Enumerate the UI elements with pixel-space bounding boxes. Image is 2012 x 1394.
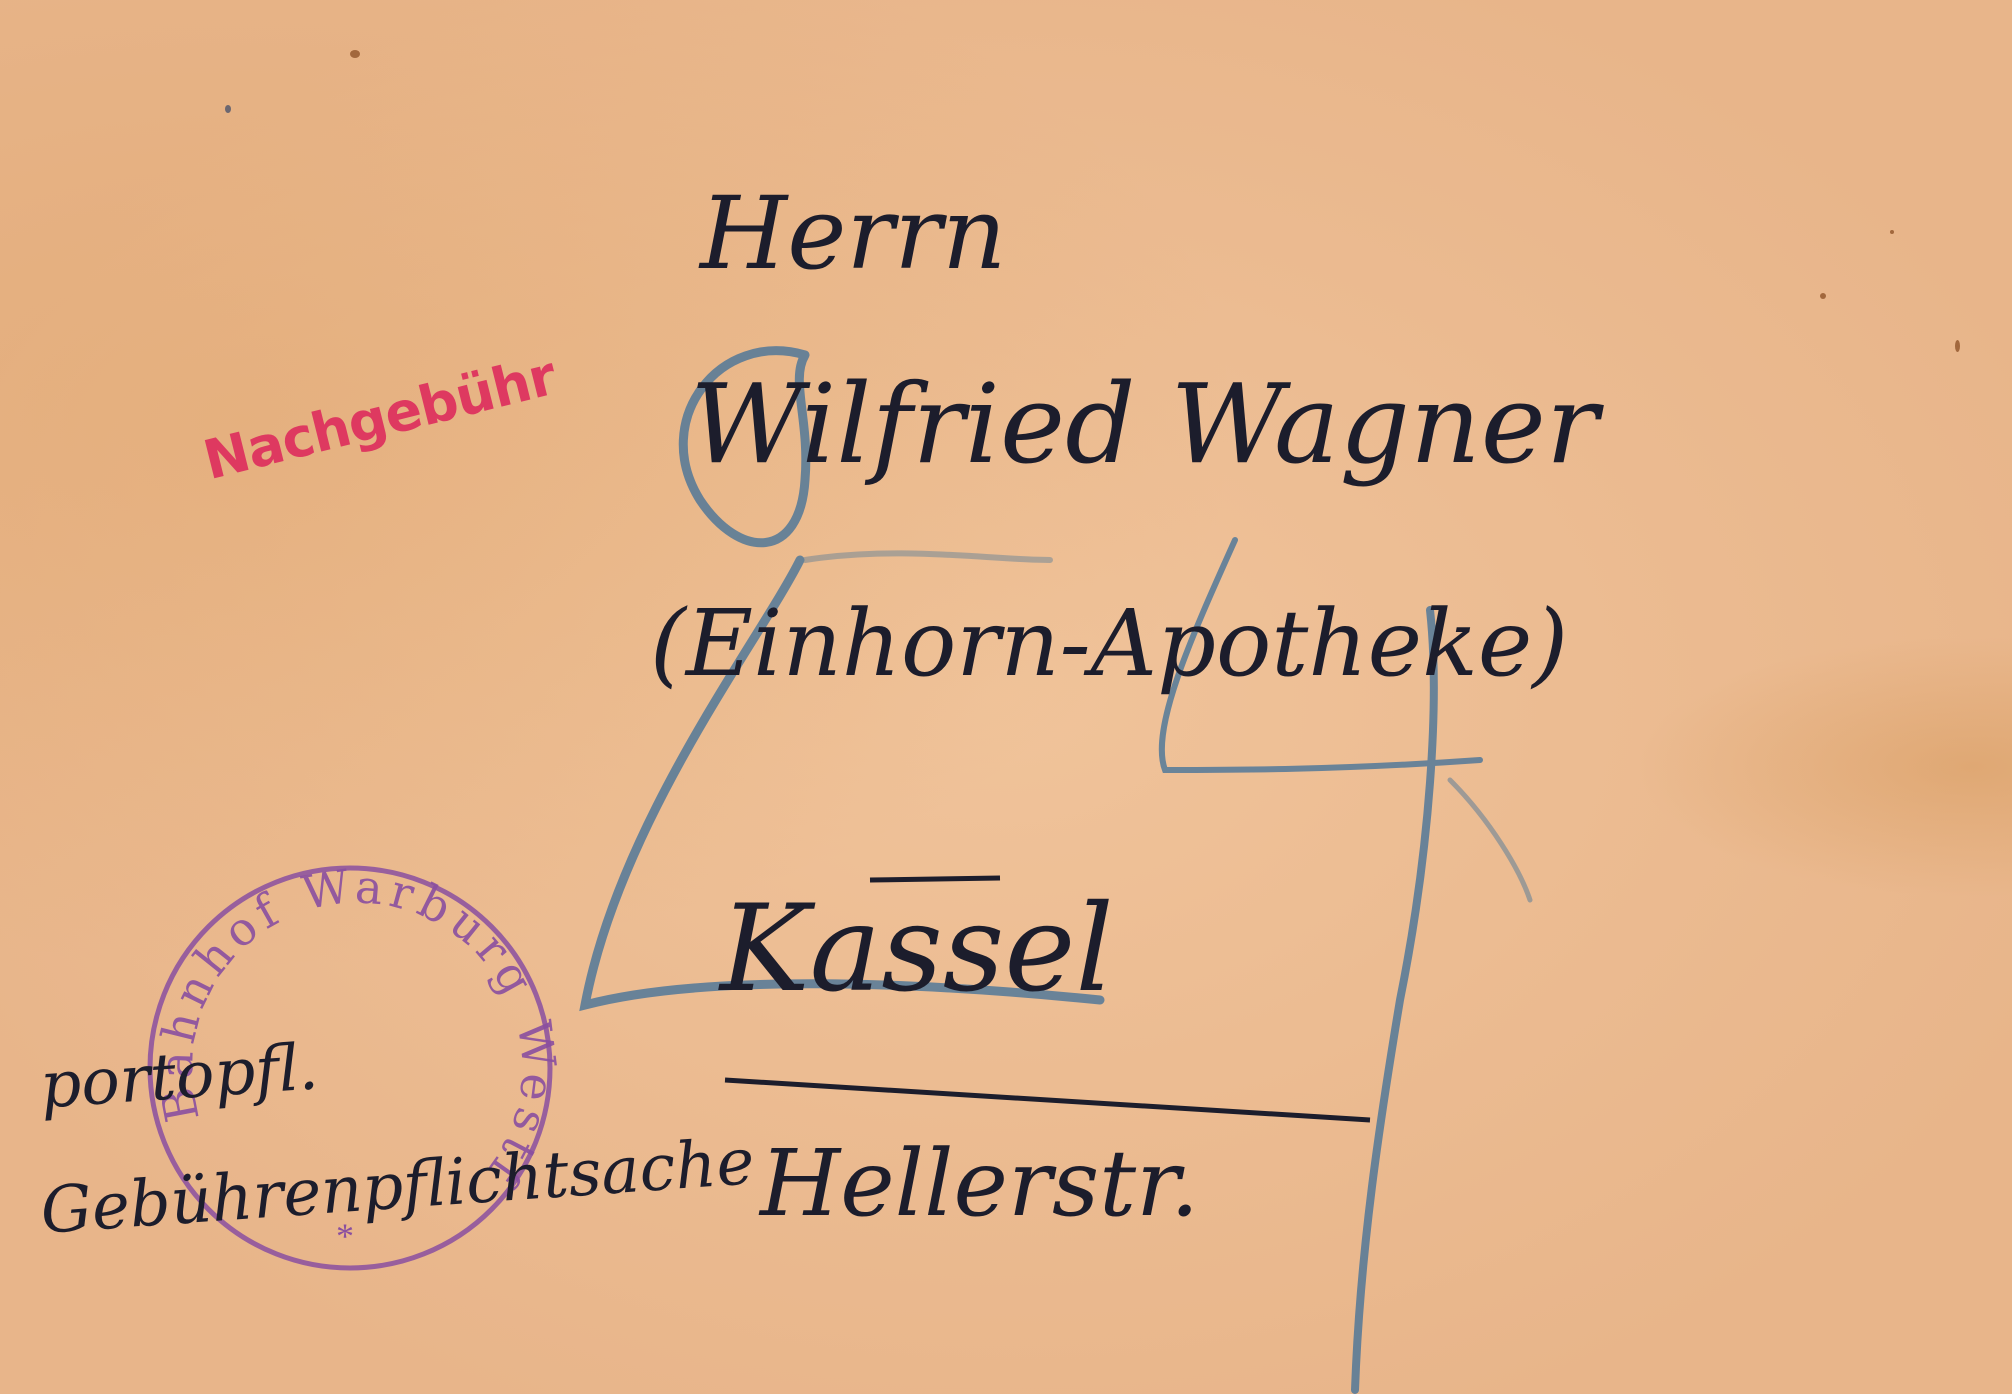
address-street: Hellerstr. [760,1130,1199,1237]
